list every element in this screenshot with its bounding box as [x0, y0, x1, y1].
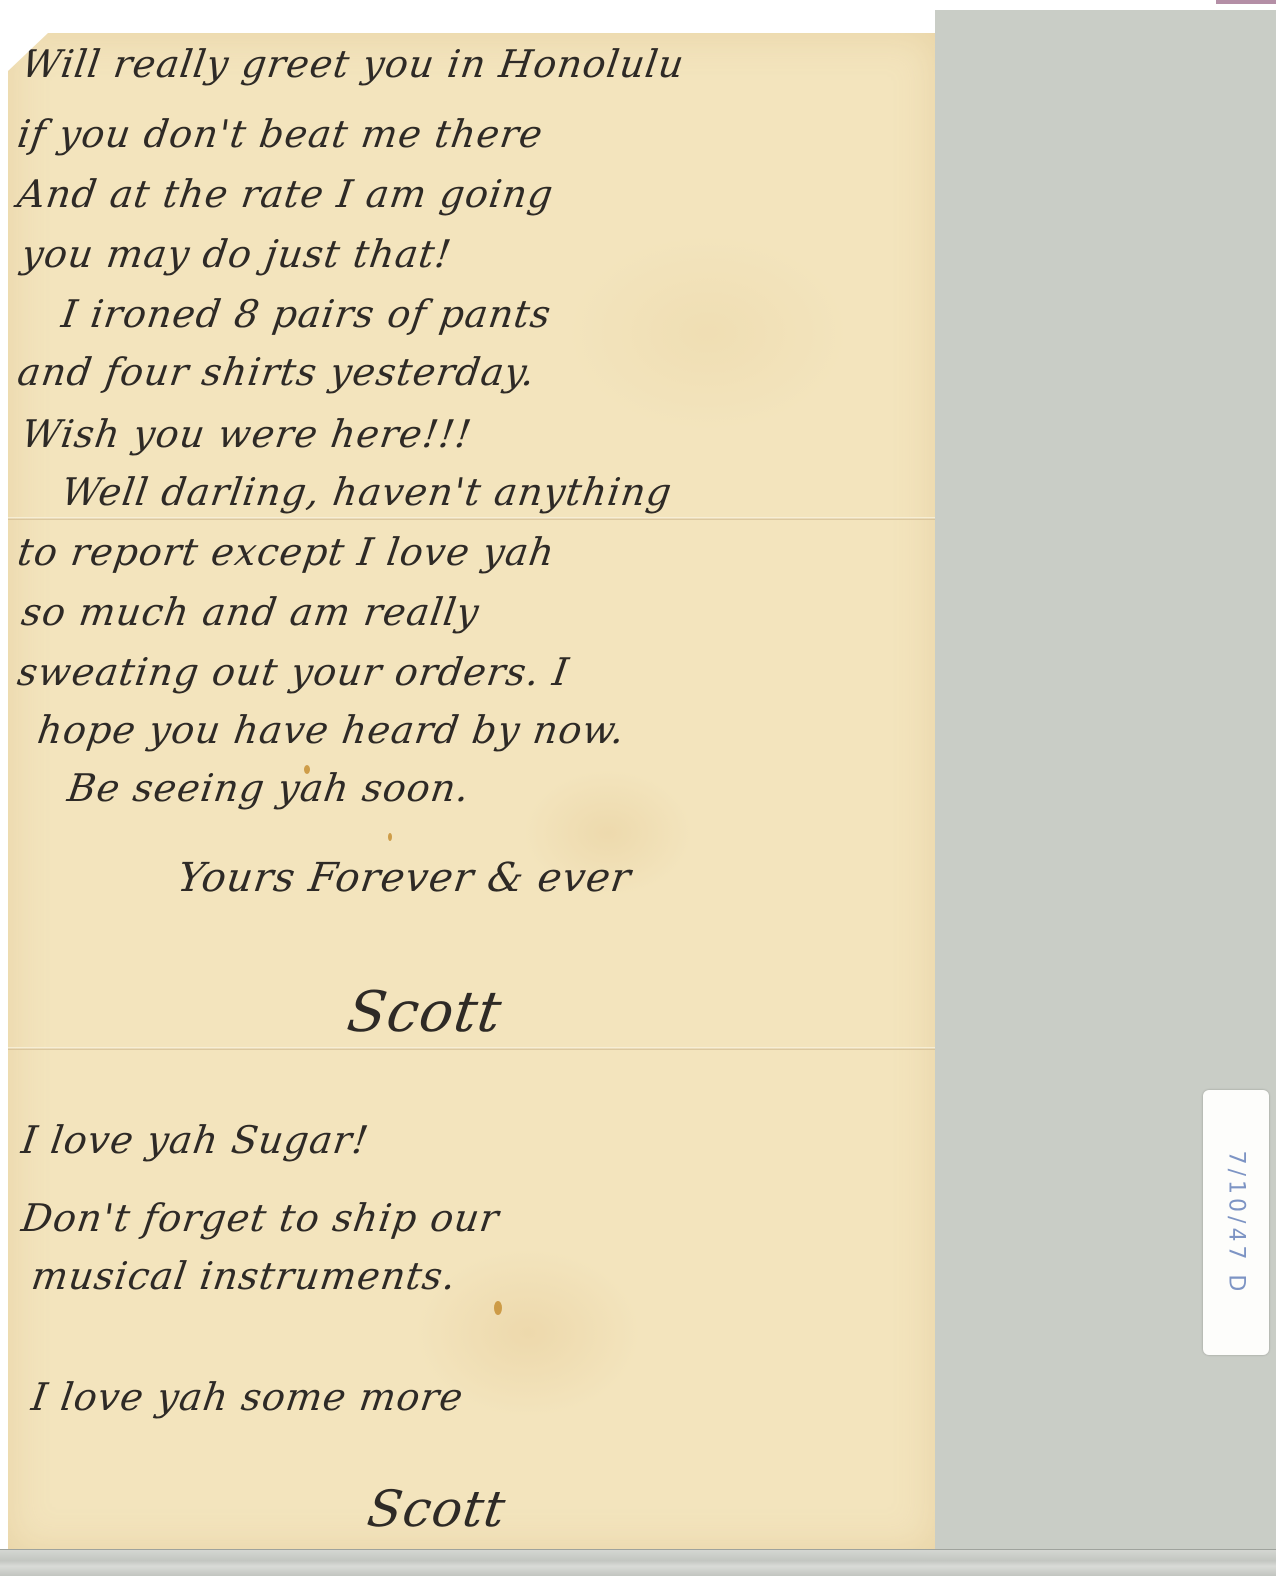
letter-line: and four shirts yesterday.: [15, 350, 538, 394]
letter-line: sweating out your orders. I: [15, 650, 572, 694]
closing-line: Yours Forever & ever: [175, 855, 635, 901]
letter-line: Will really greet you in Honolulu: [19, 42, 687, 86]
ink-stain: [388, 833, 392, 841]
letter-line: hope you have heard by now.: [35, 708, 628, 752]
letter-line: you may do just that!: [19, 232, 455, 276]
letter-line: I ironed 8 pairs of pants: [59, 292, 554, 336]
archive-label: 7/10/47 D: [1203, 1090, 1269, 1355]
letter-line: if you don't beat me there: [15, 112, 546, 156]
signature: Scott: [364, 1480, 510, 1538]
letter-line: Wish you were here!!!: [19, 412, 475, 456]
ink-stain: [494, 1301, 502, 1315]
fold-crease-upper: [8, 517, 935, 520]
signature: Scott: [343, 980, 506, 1045]
letter-line: Well darling, haven't anything: [59, 470, 675, 514]
letter-line: to report except I love yah: [15, 530, 558, 574]
postscript-line: I love yah Sugar!: [19, 1118, 372, 1162]
letter-page: Will really greet you in Honoluluif you …: [8, 33, 935, 1551]
letter-line: Be seeing yah soon.: [65, 766, 473, 810]
letter-line: And at the rate I am going: [15, 172, 556, 216]
fold-crease-lower: [8, 1047, 935, 1050]
letter-line: so much and am really: [19, 590, 482, 634]
archive-label-text: 7/10/47 D: [1224, 1150, 1249, 1295]
postscript-line: musical instruments.: [29, 1254, 459, 1298]
postscript-line: I love yah some more: [29, 1375, 467, 1419]
backing-edge: [1216, 0, 1276, 4]
postscript-line: Don't forget to ship our: [19, 1196, 502, 1240]
sleeve-edge: [0, 1549, 1276, 1576]
